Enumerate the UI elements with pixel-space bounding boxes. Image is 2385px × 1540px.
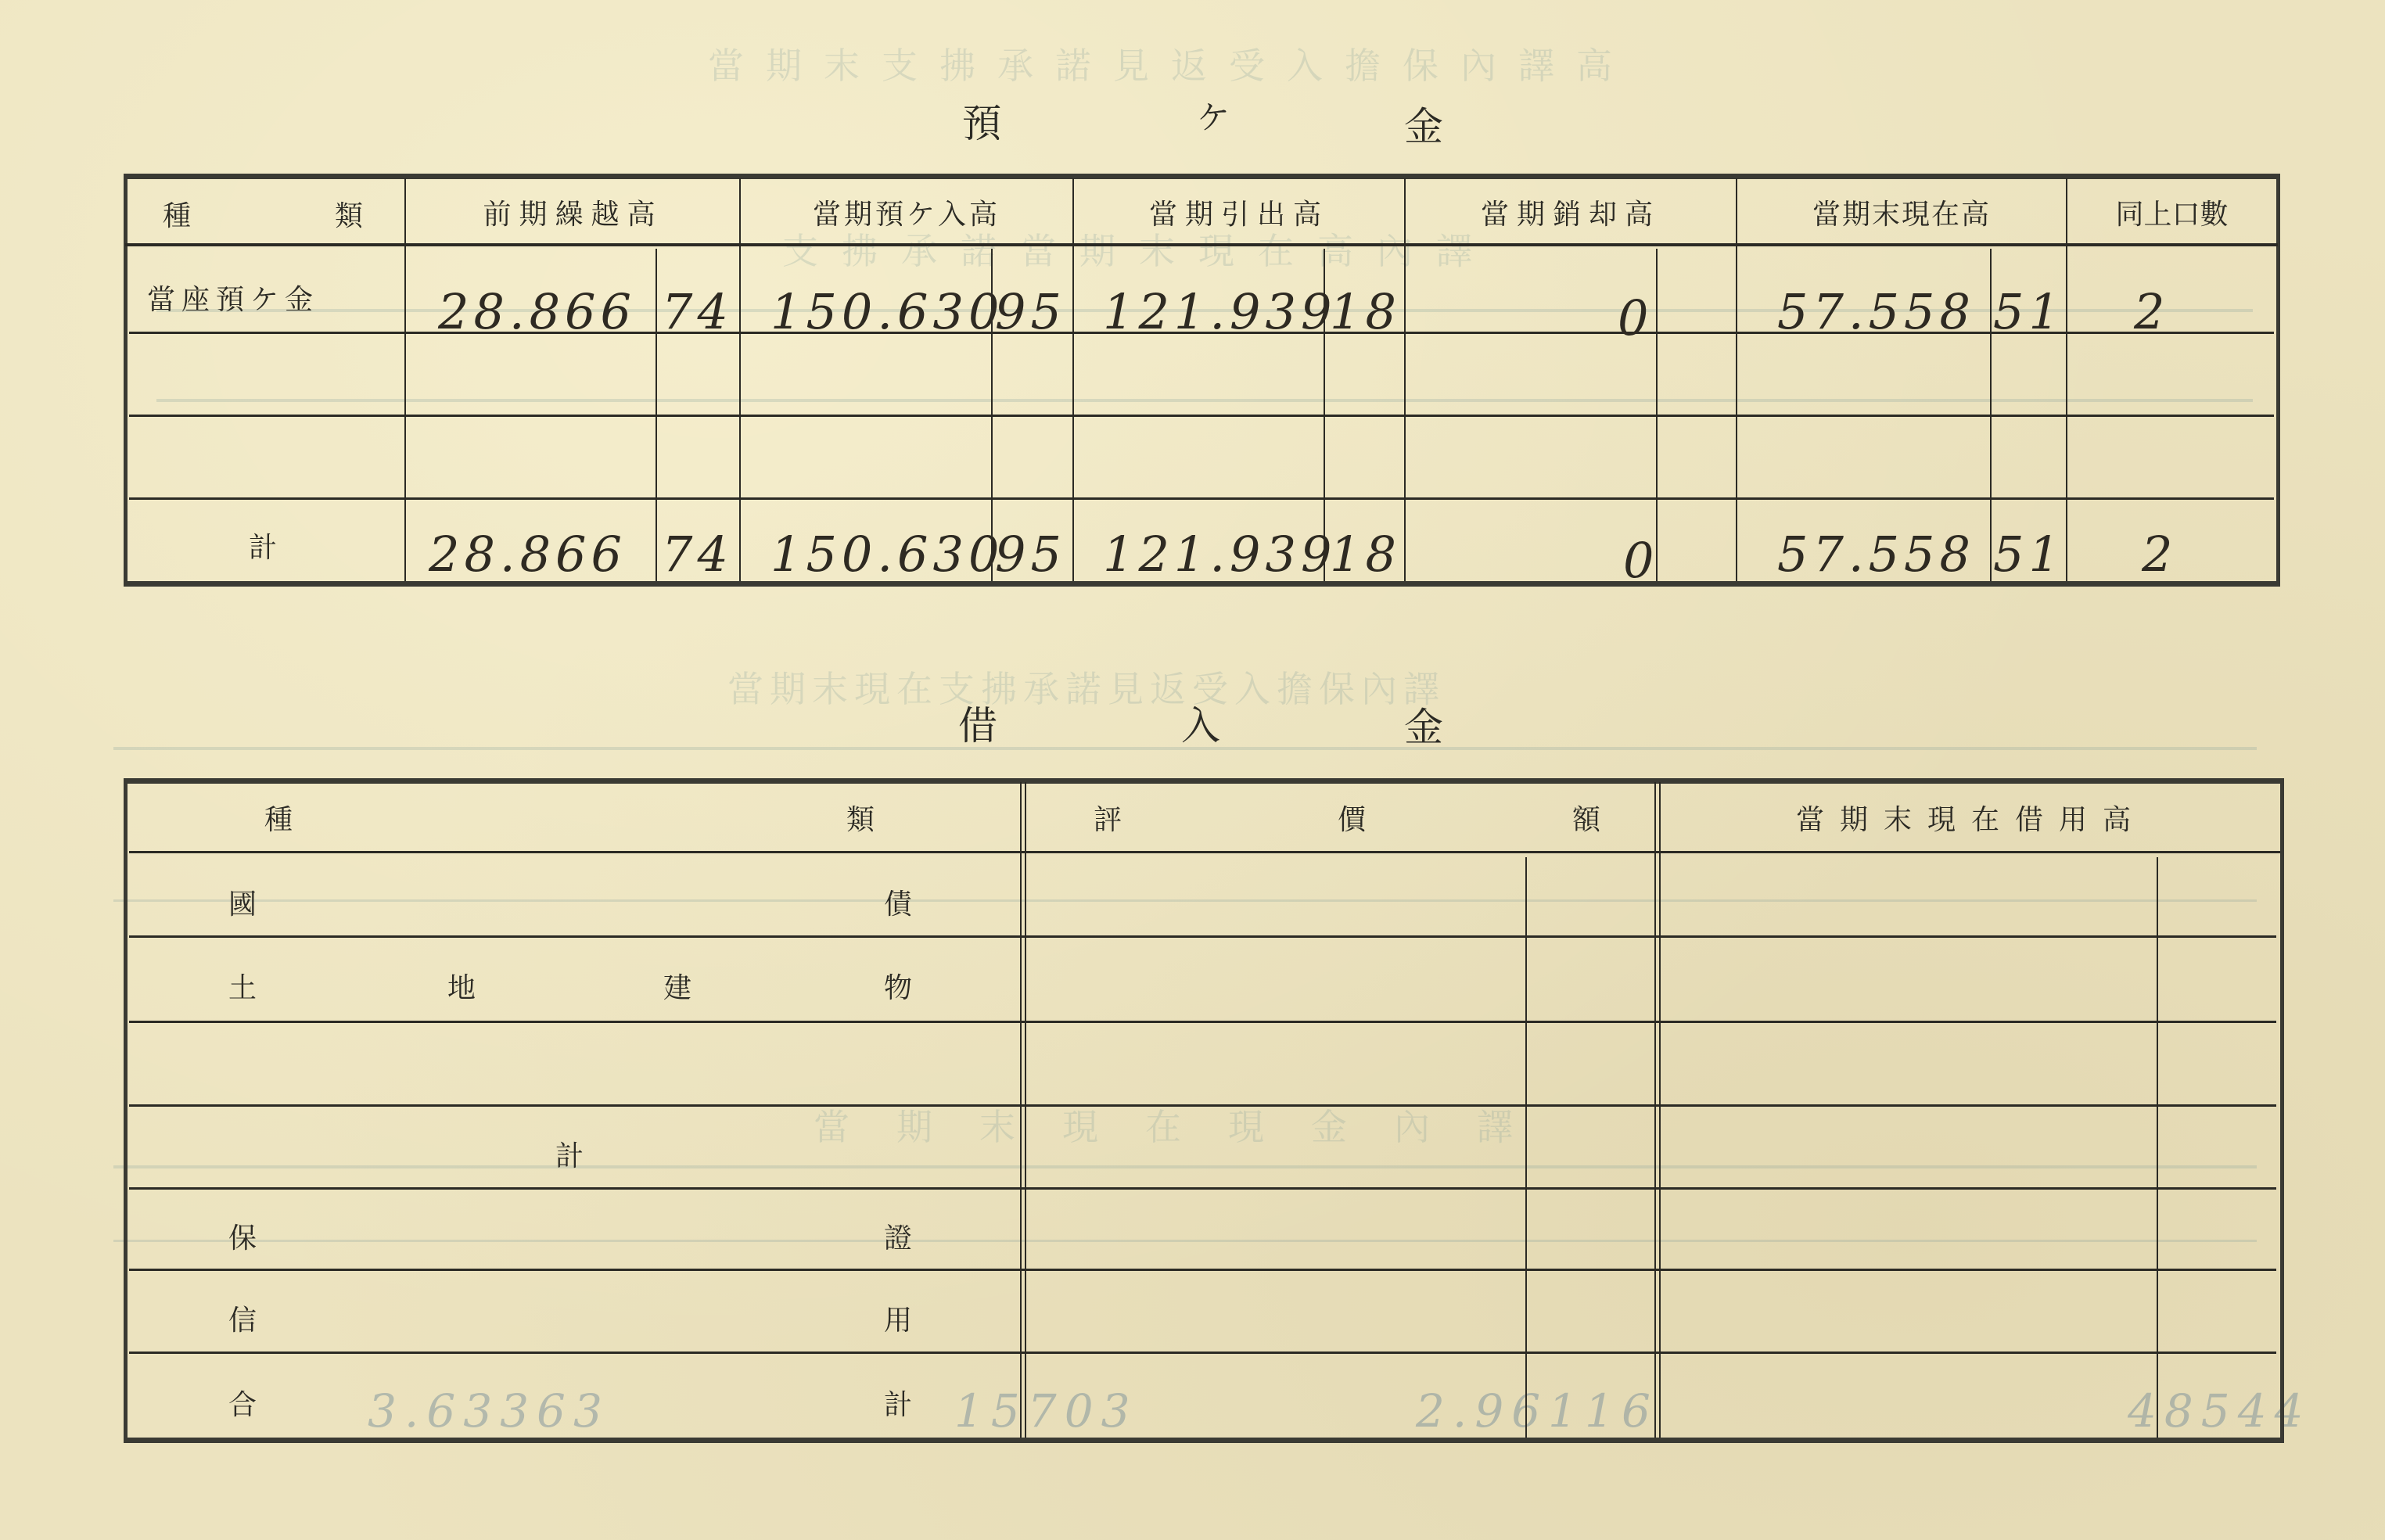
sen-divider: [2157, 857, 2158, 1438]
table-border-top: [124, 174, 2280, 179]
period-end-balance-sen: 51: [1993, 283, 2064, 340]
header-appraised-char: 評: [1094, 798, 1122, 838]
row-label-char: 地: [447, 966, 476, 1006]
total-account-count: 2: [2142, 526, 2177, 583]
table-row: [129, 1024, 2276, 1102]
table-border-top: [124, 778, 2284, 784]
header-period-end-borrowed: 當期末現在借用高: [1662, 784, 2280, 851]
row-label-char: 合: [228, 1383, 257, 1423]
pencil-value: 2.96116: [1416, 1384, 1658, 1438]
total-current-deposit-sen: 95: [995, 526, 1066, 583]
sen-divider: [1990, 249, 1992, 581]
column-divider: [1659, 782, 1661, 1438]
row-kind-label: 當座預ケ金: [147, 278, 319, 318]
table-border-bottom: [124, 1438, 2284, 1443]
header-rule: [129, 851, 2280, 853]
deposits-title-char: 預: [962, 92, 1001, 149]
row-rule: [129, 1021, 2276, 1023]
borrowings-title-char: 入: [1181, 695, 1220, 751]
row-label-char: 國: [228, 882, 257, 922]
prev-carryover-sen: 74: [662, 283, 733, 340]
bleed-through-rule: [113, 1240, 2257, 1242]
table-border-right: [2280, 778, 2284, 1441]
table-border-right: [2276, 174, 2280, 585]
total-current-deposit-yen: 150.630: [770, 526, 1004, 583]
bleed-through-table-title-2: 當期末現在支拂承諾見返受入擔保內譯: [727, 661, 1446, 713]
row-label-char: 計: [884, 1383, 912, 1423]
current-deposit-sen: 95: [995, 283, 1066, 340]
row-label-char: 債: [884, 882, 912, 922]
header-current-writeoff: 當期銷却高: [1406, 180, 1736, 244]
bleed-through-rule: [113, 1165, 2257, 1168]
deposits-title-char: 金: [1404, 95, 1443, 152]
header-period-end-balance: 當期末現在高: [1737, 180, 2066, 244]
row-label-char: 證: [884, 1216, 912, 1256]
row-rule: [129, 1352, 2276, 1354]
header-appraised-char: 額: [1572, 798, 1600, 838]
total-prev-carryover-yen: 28.866: [429, 526, 627, 583]
current-deposit-yen: 150.630: [770, 283, 1004, 340]
row-label-char: 建: [663, 966, 691, 1006]
sen-divider: [656, 249, 657, 581]
row-rule: [129, 1269, 2276, 1271]
column-divider: [1654, 782, 1656, 1438]
borrowings-title-char: 金: [1404, 696, 1443, 752]
header-kind-char: 類: [335, 194, 363, 234]
bleed-through-rule: [113, 899, 2257, 902]
pencil-value: 15703: [954, 1384, 1138, 1438]
total-period-end-balance-sen: 51: [1993, 526, 2064, 583]
total-label: 計: [249, 526, 277, 565]
table-row: [129, 418, 2272, 496]
header-current-withdrawal: 當期引出高: [1074, 180, 1404, 244]
row-label-char: 物: [884, 966, 912, 1006]
row-rule: [129, 415, 2274, 417]
row-rule: [129, 497, 2274, 500]
row-label-char: 保: [228, 1216, 257, 1256]
pencil-value: 3.63363: [368, 1384, 610, 1438]
account-count: 2: [2134, 283, 2169, 340]
bleed-through-top-title: 當期末支拂承諾見返受入擔保內譯高: [708, 38, 1634, 89]
row-label-char: 土: [228, 966, 257, 1006]
table-border-left: [124, 174, 128, 585]
deposits-title-char: ケ: [1197, 92, 1230, 139]
period-end-balance-yen: 57.558: [1777, 283, 1975, 340]
row-rule: [129, 1187, 2276, 1190]
column-divider: [1020, 782, 1022, 1438]
total-prev-carryover-sen: 74: [662, 526, 733, 583]
header-kind-char: 種: [264, 798, 293, 838]
table-row: [129, 335, 2272, 413]
total-period-end-balance-yen: 57.558: [1777, 526, 1975, 583]
borrowings-title-char: 借: [958, 695, 997, 751]
row-label-char: 信: [228, 1298, 257, 1338]
current-withdrawal-sen: 18: [1330, 283, 1401, 340]
row-label-char: 計: [555, 1134, 584, 1174]
total-current-writeoff-yen: 0: [1623, 532, 1658, 589]
header-account-count: 同上口數: [2067, 180, 2276, 244]
total-current-withdrawal-sen: 18: [1330, 526, 1401, 583]
current-withdrawal-yen: 121.939: [1103, 283, 1336, 340]
row-rule: [129, 1104, 2276, 1107]
table-border-left: [124, 778, 128, 1441]
column-divider: [1025, 782, 1026, 1438]
header-kind-char: 類: [846, 798, 875, 838]
header-current-deposit: 當期預ケ入高: [741, 180, 1072, 244]
sen-divider: [1525, 857, 1527, 1438]
header-appraised-char: 價: [1338, 798, 1366, 838]
row-label-char: 用: [884, 1298, 912, 1338]
total-current-withdrawal-yen: 121.939: [1103, 526, 1336, 583]
row-rule: [129, 935, 2276, 938]
prev-carryover-yen: 28.866: [438, 283, 636, 340]
header-kind-char: 種: [163, 194, 191, 234]
header-prev-carryover: 前期繰越高: [407, 180, 739, 244]
